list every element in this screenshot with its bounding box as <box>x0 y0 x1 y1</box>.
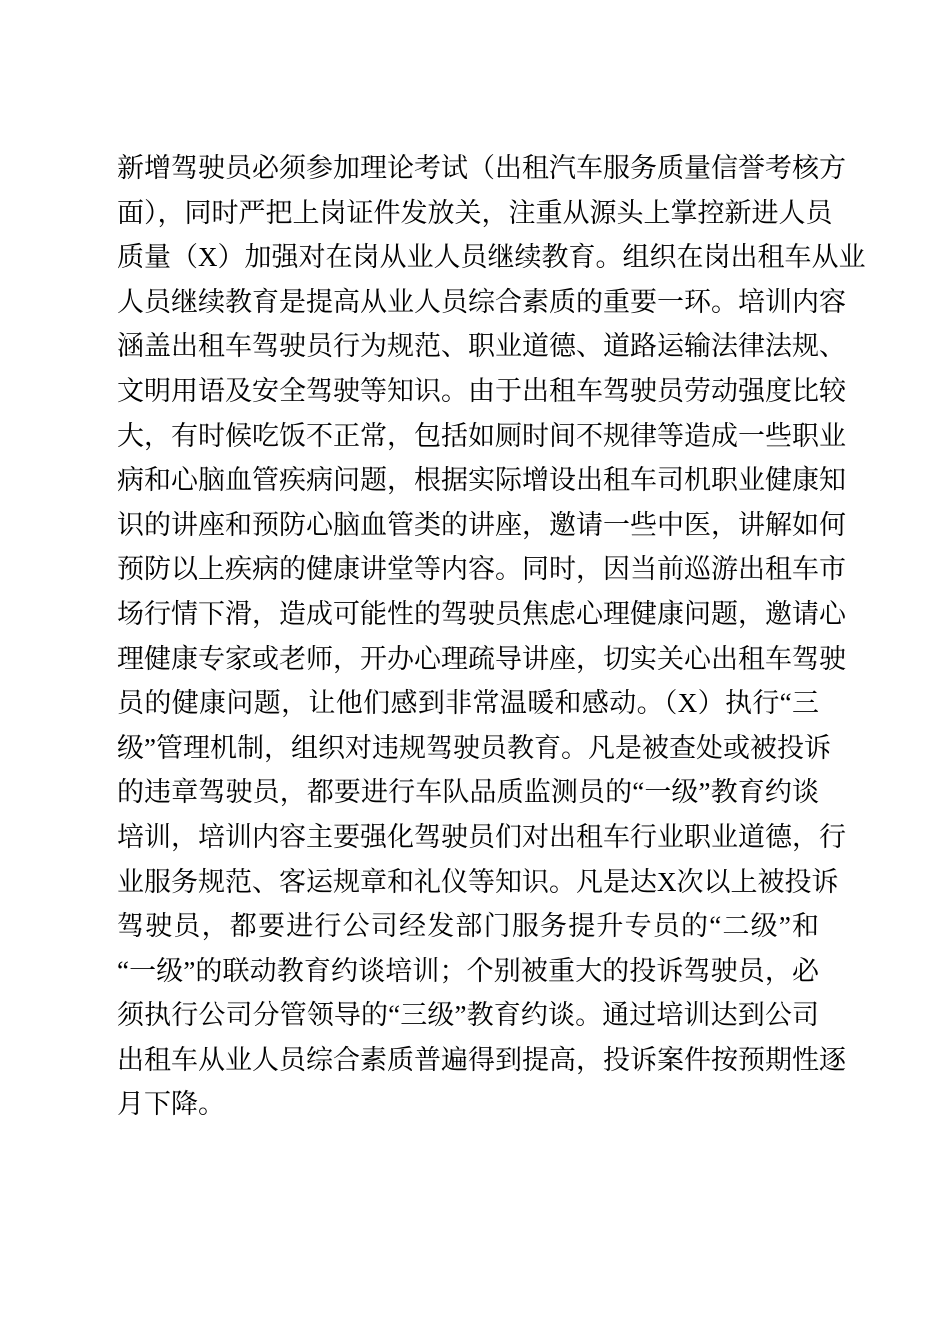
text-line: 大，有时候吃饭不正常，包括如厕时间不规律等造成一些职业 <box>117 414 819 459</box>
text-line: “一级”的联动教育约谈培训；个别被重大的投诉驾驶员，必 <box>117 949 819 994</box>
text-line: 病和心脑血管疾病问题，根据实际增设出租车司机职业健康知 <box>117 458 819 503</box>
paragraph-body: 新增驾驶员必须参加理论考试（出租汽车服务质量信誉考核方 面），同时严把上岗证件发… <box>117 146 819 1127</box>
text-line: 业服务规范、客运规章和礼仪等知识。凡是达X次以上被投诉 <box>117 860 819 905</box>
text-line: 驾驶员，都要进行公司经发部门服务提升专员的“二级”和 <box>117 904 819 949</box>
text-line: 须执行公司分管领导的“三级”教育约谈。通过培训达到公司 <box>117 993 819 1038</box>
text-line: 人员继续教育是提高从业人员综合素质的重要一环。培训内容 <box>117 280 819 325</box>
text-line: 出租车从业人员综合素质普遍得到提高，投诉案件按预期性逐 <box>117 1038 819 1083</box>
text-line: 场行情下滑，造成可能性的驾驶员焦虑心理健康问题，邀请心 <box>117 592 819 637</box>
text-line: 文明用语及安全驾驶等知识。由于出租车驾驶员劳动强度比较 <box>117 369 819 414</box>
text-line: 理健康专家或老师，开办心理疏导讲座，切实关心出租车驾驶 <box>117 637 819 682</box>
text-line: 月下降。 <box>117 1082 819 1127</box>
text-line: 识的讲座和预防心脑血管类的讲座，邀请一些中医，讲解如何 <box>117 503 819 548</box>
text-line: 员的健康问题，让他们感到非常温暖和感动。（X）执行“三 <box>117 681 819 726</box>
text-line: 级”管理机制，组织对违规驾驶员教育。凡是被查处或被投诉 <box>117 726 819 771</box>
text-line: 涵盖出租车驾驶员行为规范、职业道德、道路运输法律法规、 <box>117 324 819 369</box>
text-line: 预防以上疾病的健康讲堂等内容。同时，因当前巡游出租车市 <box>117 547 819 592</box>
text-line: 培训，培训内容主要强化驾驶员们对出租车行业职业道德，行 <box>117 815 819 860</box>
text-line: 质量（X）加强对在岗从业人员继续教育。组织在岗出租车从业 <box>117 235 819 280</box>
document-page: 新增驾驶员必须参加理论考试（出租汽车服务质量信誉考核方 面），同时严把上岗证件发… <box>0 0 950 1344</box>
text-line: 的违章驾驶员，都要进行车队品质监测员的“一级”教育约谈 <box>117 770 819 815</box>
text-line: 面），同时严把上岗证件发放关，注重从源头上掌控新进人员 <box>117 191 819 236</box>
text-line: 新增驾驶员必须参加理论考试（出租汽车服务质量信誉考核方 <box>117 146 819 191</box>
